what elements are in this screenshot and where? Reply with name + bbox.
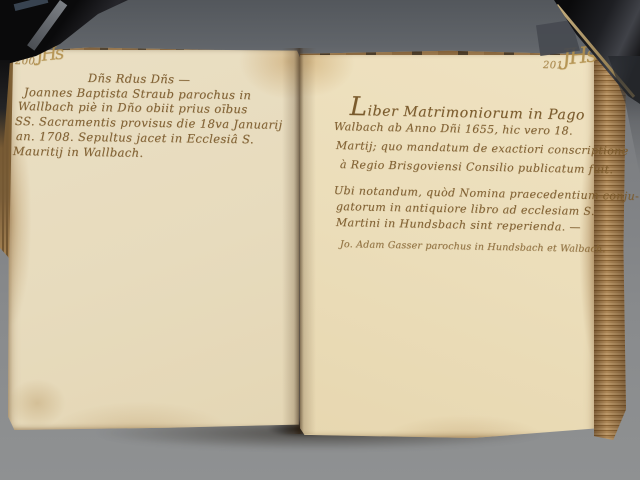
photo-scene: 200. JHs Dñs Rdus Dñs — Joannes Baptista… [0, 0, 640, 480]
cover-edge-highlight [27, 0, 67, 51]
register-heading: Liber Matrimoniorum in Pago [350, 94, 586, 125]
cover-gloss-highlight [14, 0, 49, 11]
book-gutter [282, 48, 316, 434]
manuscript-line: Dñs Rdus Dñs — [88, 73, 191, 86]
manuscript-line: Mauritij in Wallbach. [13, 146, 144, 159]
